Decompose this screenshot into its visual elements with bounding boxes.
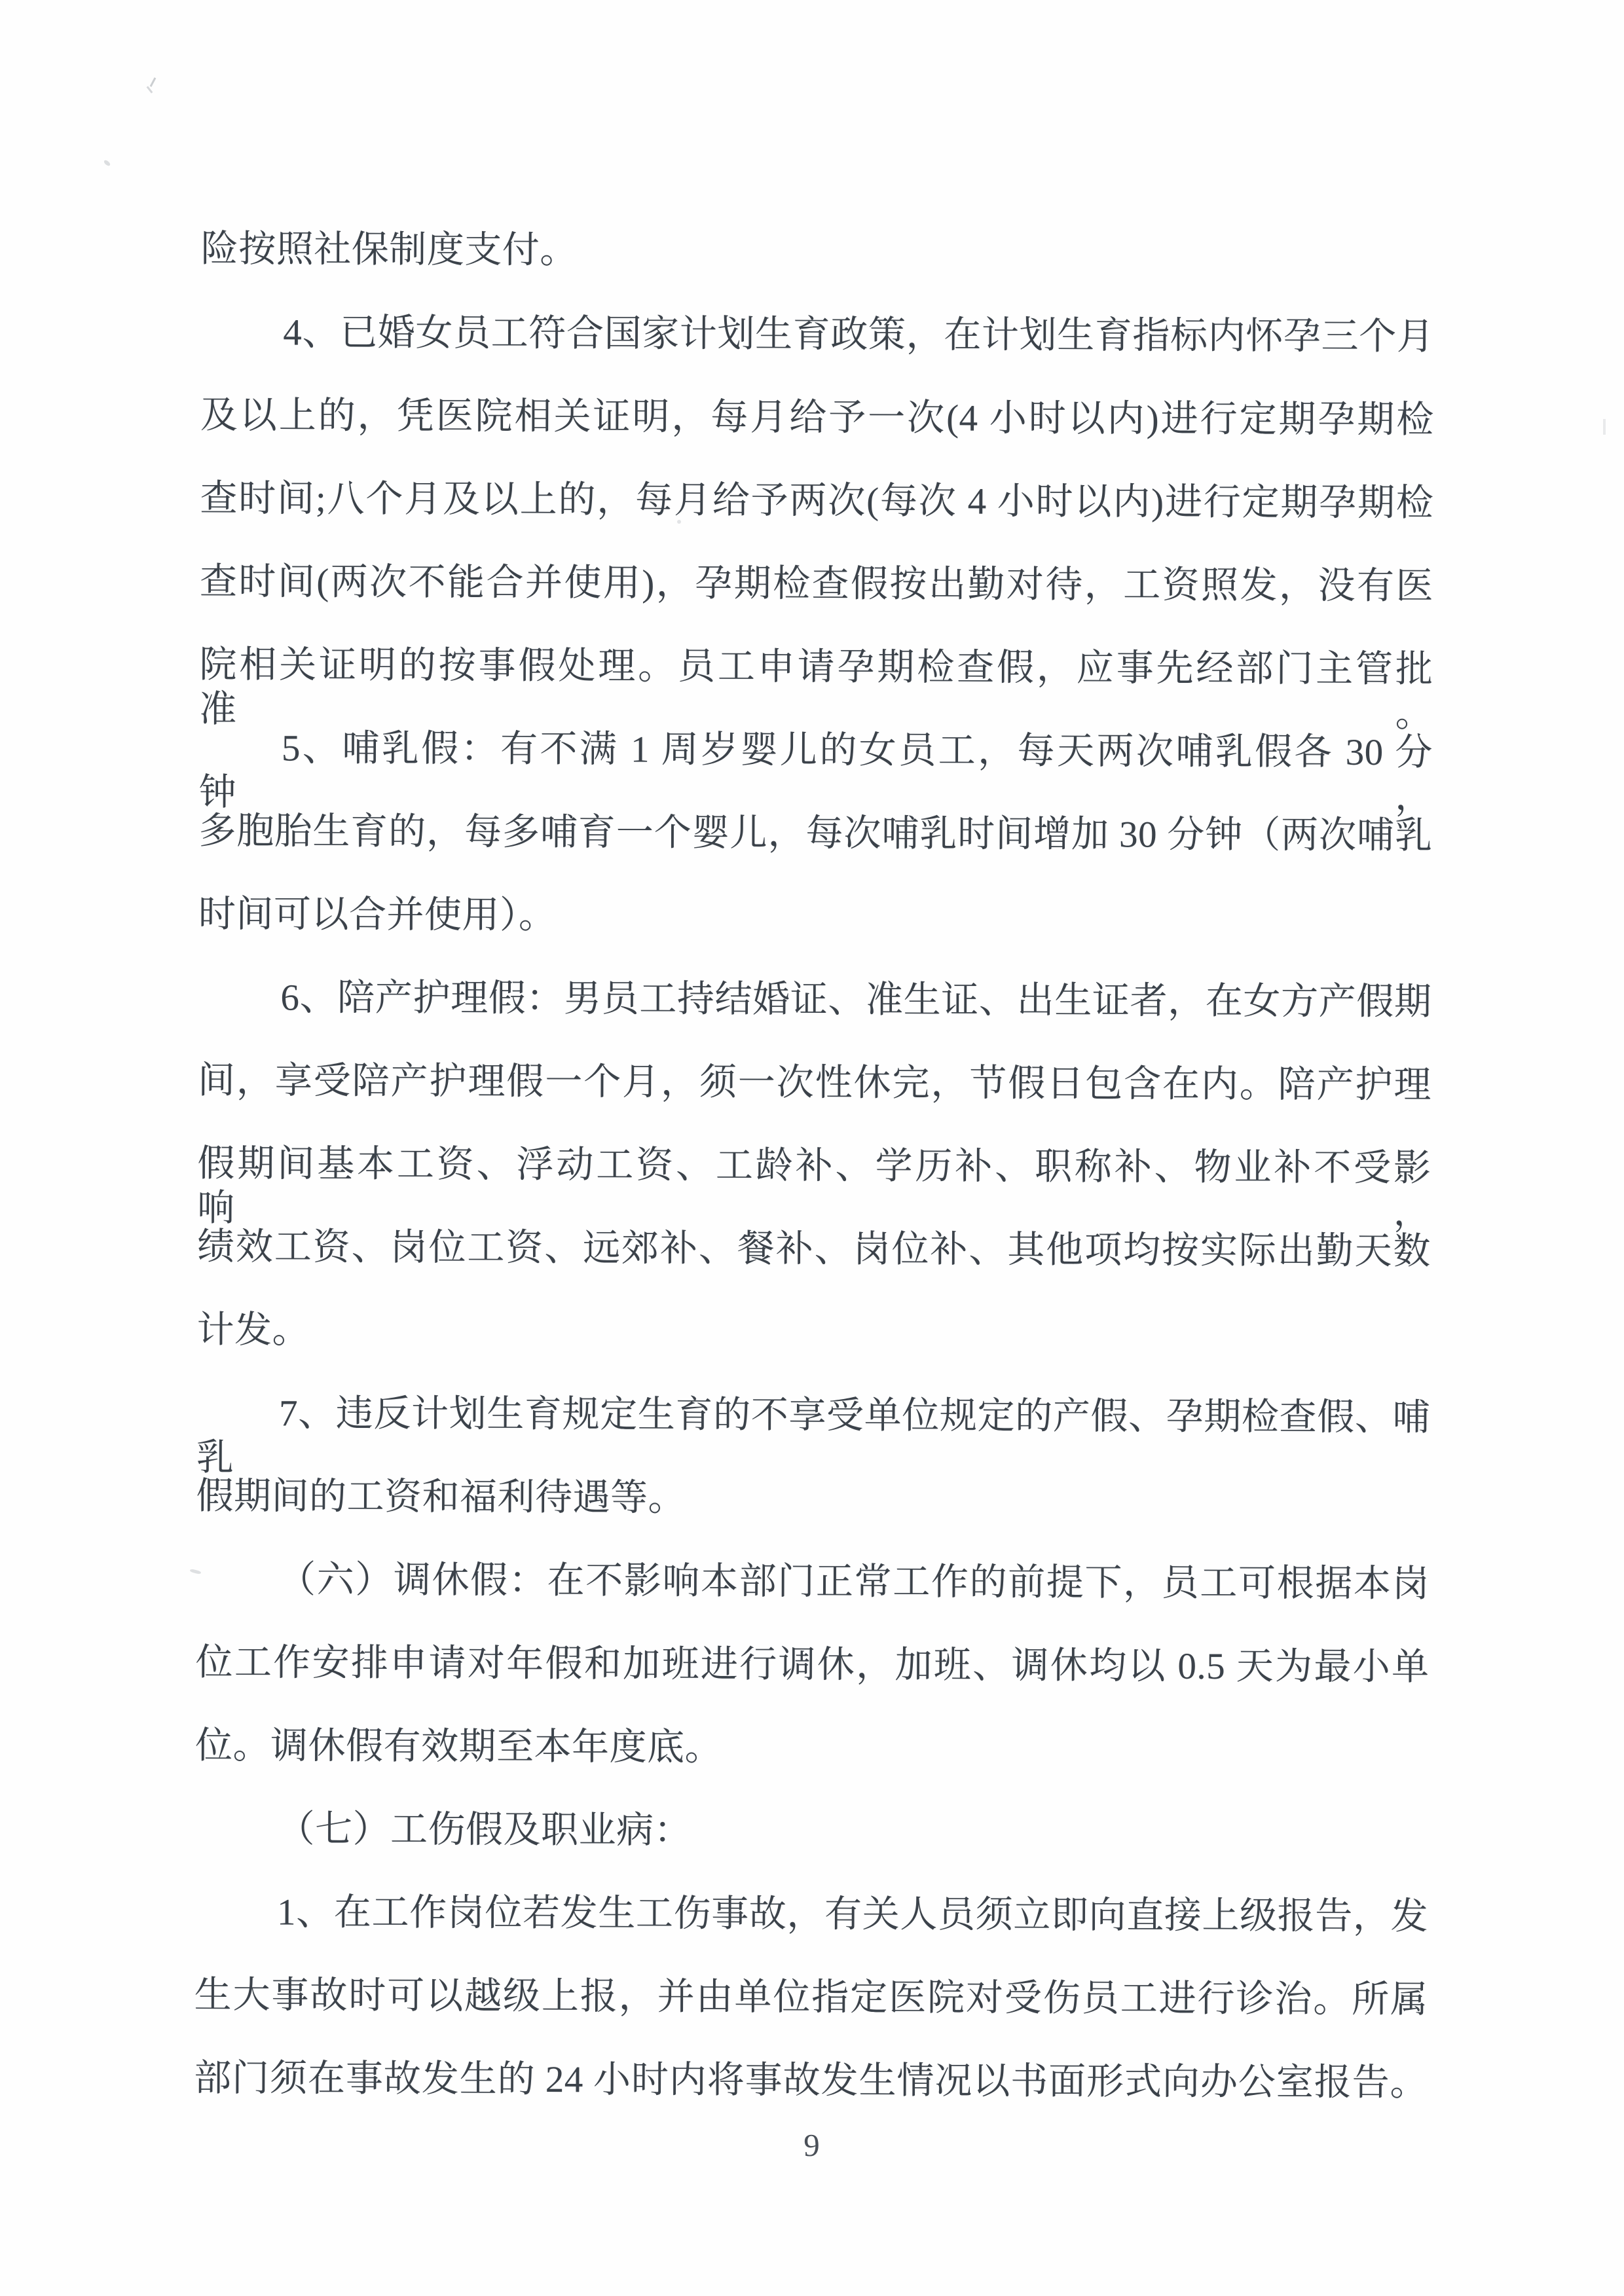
text-line: 险按照社保制度支付。 <box>201 227 1435 315</box>
page-number: 9 <box>0 2126 1624 2164</box>
text-line: 及以上的，凭医院相关证明，每月给予一次(4 小时以内)进行定期孕期检 <box>200 393 1434 481</box>
text-line: 假期间基本工资、浮动工资、工龄补、学历补、职称补、物业补不受影响， <box>197 1142 1431 1230</box>
scan-artifact <box>147 86 153 93</box>
text-line: 院相关证明的按事假处理。员工申请孕期检查假，应事先经部门主管批准。 <box>199 643 1433 731</box>
text-line: 计发。 <box>196 1308 1430 1396</box>
text-line: 间，享受陪产护理假一个月，须一次性休完，节假日包含在内。陪产护理 <box>198 1059 1431 1146</box>
text-line: 生大事故时可以越级上报，并由单位指定医院对受伤员工进行诊治。所属 <box>194 1973 1428 2061</box>
text-line: 位。调休假有效期至本年度底。 <box>195 1724 1429 1812</box>
text-line: 1、在工作岗位若发生工伤事故，有关人员须立即向直接上级报告，发 <box>194 1890 1428 1978</box>
text-line: 查时间;八个月及以上的，每月给予两次(每次 4 小时以内)进行定期孕期检 <box>200 477 1433 564</box>
text-line: 假期间的工资和福利待遇等。 <box>196 1474 1430 1562</box>
text-line: 4、已婚女员工符合国家计划生育政策，在计划生育指标内怀孕三个月 <box>200 310 1434 398</box>
document-page: 险按照社保制度支付。 4、已婚女员工符合国家计划生育政策，在计划生育指标内怀孕三… <box>0 0 1624 2296</box>
text-line: （七）工伤假及职业病： <box>194 1807 1428 1895</box>
scan-artifact <box>103 159 111 167</box>
scan-artifact <box>150 77 157 87</box>
text-line: 6、陪产护理假：男员工持结婚证、准生证、出生证者，在女方产假期 <box>198 975 1431 1063</box>
document-text: 险按照社保制度支付。 4、已婚女员工符合国家计划生育政策，在计划生育指标内怀孕三… <box>194 227 1435 2144</box>
text-line: 绩效工资、岗位工资、远郊补、餐补、岗位补、其他项均按实际出勤天数 <box>197 1225 1431 1313</box>
text-line: 多胞胎生育的，每多哺育一个婴儿，每次哺乳时间增加 30 分钟（两次哺乳 <box>198 809 1432 897</box>
text-line: 7、违反计划生育规定生育的不享受单位规定的产假、孕期检查假、哺乳 <box>196 1391 1430 1479</box>
text-line: 5、哺乳假：有不满 1 周岁婴儿的女员工，每天两次哺乳假各 30 分钟， <box>199 726 1433 814</box>
text-line: （六）调休假：在不影响本部门正常工作的前提下，员工可根据本岗 <box>196 1558 1430 1645</box>
text-line: 查时间(两次不能合并使用)，孕期检查假按出勤对待，工资照发，没有医 <box>200 560 1433 647</box>
text-line: 时间可以合并使用）。 <box>198 892 1432 980</box>
scan-artifact <box>1603 419 1606 435</box>
text-line: 位工作安排申请对年假和加班进行调休，加班、调休均以 0.5 天为最小单 <box>195 1641 1429 1728</box>
